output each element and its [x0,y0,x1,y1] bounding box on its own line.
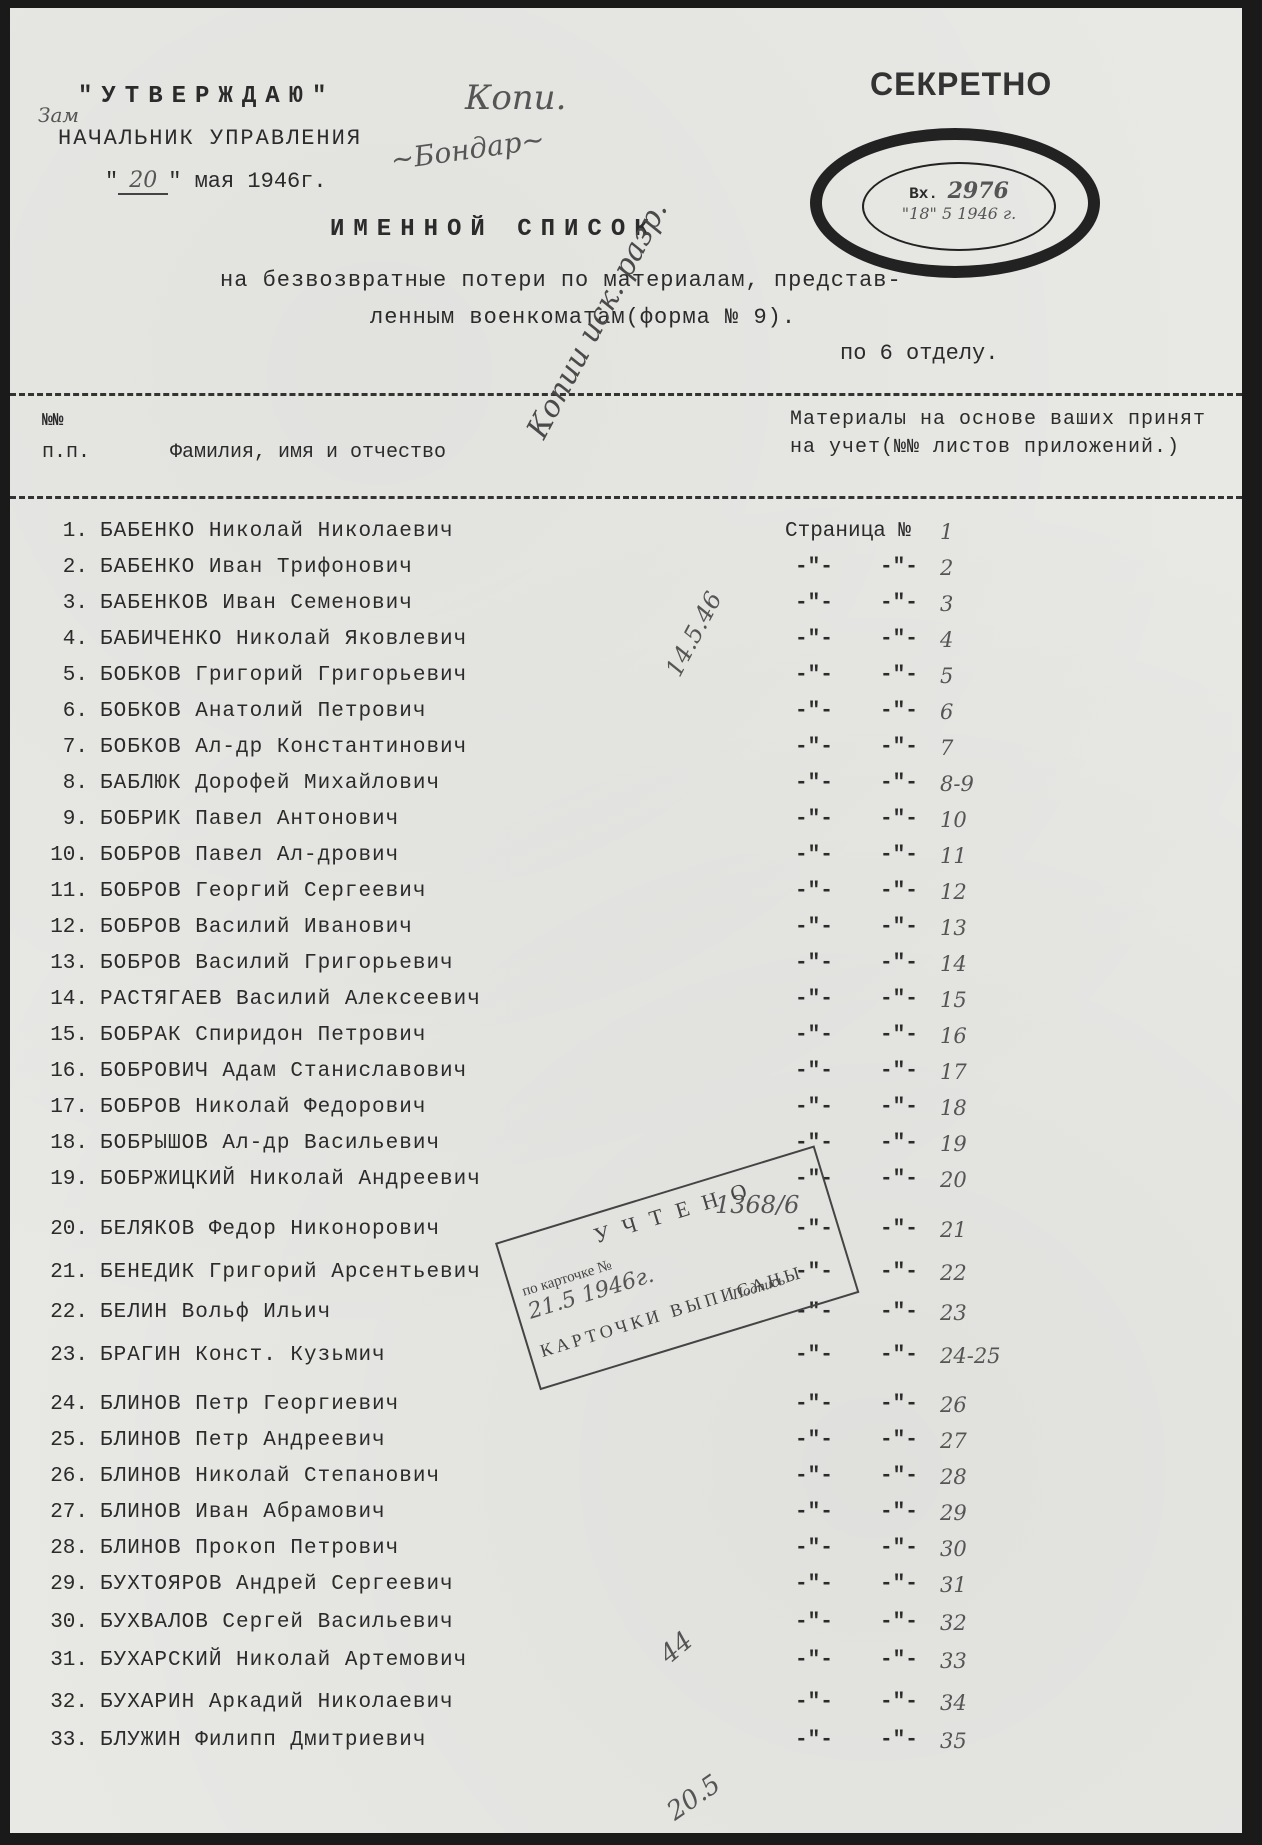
list-item: 12.БОБРОВ Василий Иванович-"--"-13 [10,916,1242,946]
list-item: 18.БОБРЫШОВ Ал-др Васильевич-"--"-19 [10,1132,1242,1162]
list-item: 1.БАБЕНКО Николай НиколаевичСтраница №1 [10,520,1242,550]
approval-position: НАЧАЛЬНИК УПРАВЛЕНИЯ [58,126,362,151]
list-item: 33.БЛУЖИН Филипп Дмитриевич-"--"-35 [10,1729,1242,1759]
approval-date: "20" мая 1946г. [105,168,327,195]
secret-stamp: СЕКРЕТНО [870,66,1052,103]
list-item: 32.БУХАРИН Аркадий Николаевич-"--"-34 [10,1691,1242,1721]
incoming-stamp: Вх. 2976 "18" 5 1946 г. [810,128,1100,278]
list-item: 16.БОБРОВИЧ Адам Станиславович-"--"-17 [10,1060,1242,1090]
department: по 6 отделу. [840,341,998,366]
list-item: 4.БАБИЧЕНКО Николай Яковлевич-"--"-4 [10,628,1242,658]
list-item: 13.БОБРОВ Василий Григорьевич-"--"-14 [10,952,1242,982]
list-item: 15.БОБРАК Спиридон Петрович-"--"-16 [10,1024,1242,1054]
list-item: 31.БУХАРСКИЙ Николай Артемович-"--"-33 [10,1649,1242,1679]
approval-day: 20 [118,168,168,195]
header-name-label: Фамилия, имя и отчество [170,441,446,464]
list-item: 30.БУХВАЛОВ Сергей Васильевич-"--"-32 [10,1611,1242,1641]
list-item: 27.БЛИНОВ Иван Абрамович-"--"-29 [10,1501,1242,1531]
document-subtitle-line1: на безвозвратные потери по материалам, п… [220,268,902,293]
list-item: 2.БАБЕНКО Иван Трифонович-"--"-2 [10,556,1242,586]
list-item: 7.БОБКОВ Ал-др Константинович-"--"-7 [10,736,1242,766]
list-item: 10.БОБРОВ Павел Ал-дрович-"--"-11 [10,844,1242,874]
list-item: 17.БОБРОВ Николай Федорович-"--"-18 [10,1096,1242,1126]
list-item: 3.БАБЕНКОВ Иван Семенович-"--"-3 [10,592,1242,622]
list-item: 8.БАБЛЮК Дорофей Михайлович-"--"-8-9 [10,772,1242,802]
incoming-stamp-inner: Вх. 2976 "18" 5 1946 г. [862,162,1056,251]
approval-label: "УТВЕРЖДАЮ" [78,83,335,110]
list-item: 26.БЛИНОВ Николай Степанович-"--"-28 [10,1465,1242,1495]
list-item: 9.БОБРИК Павел Антонович-"--"-10 [10,808,1242,838]
list-item: 29.БУХТОЯРОВ Андрей Сергеевич-"--"-31 [10,1573,1242,1603]
handwritten-bottom-date: 20.5 [662,1769,727,1827]
list-item: 28.БЛИНОВ Прокоп Петрович-"--"-30 [10,1537,1242,1567]
list-item: 6.БОБКОВ Анатолий Петрович-"--"-6 [10,700,1242,730]
handwritten-zam: Зам [38,103,79,127]
header-materials-label: Материалы на основе ваших принят на учет… [790,406,1230,462]
signature-chief: ~Бондар~ [388,122,546,176]
header-num-symbol: №№ [42,411,64,431]
list-item: 25.БЛИНОВ Петр Андреевич-"--"-27 [10,1429,1242,1459]
list-item: 14.РАСТЯГАЕВ Василий Алексеевич-"--"-15 [10,988,1242,1018]
handwritten-copy-note: Копи. [465,78,566,118]
list-item: 5.БОБКОВ Григорий Григорьевич-"--"-5 [10,664,1242,694]
header-num-label: п.п. [42,441,90,464]
document-page: Зам "УТВЕРЖДАЮ" Копи. НАЧАЛЬНИК УПРАВЛЕН… [10,8,1242,1833]
list-item: 24.БЛИНОВ Петр Георгиевич-"--"-26 [10,1393,1242,1423]
header-divider-bottom [10,496,1242,499]
list-item: 19.БОБРЖИЦКИЙ Николай Андреевич-"--"-20 [10,1168,1242,1198]
header-divider-top [10,393,1242,396]
document-title: ИМЕННОЙ СПИСОК [330,216,658,243]
list-item: 11.БОБРОВ Георгий Сергеевич-"--"-12 [10,880,1242,910]
